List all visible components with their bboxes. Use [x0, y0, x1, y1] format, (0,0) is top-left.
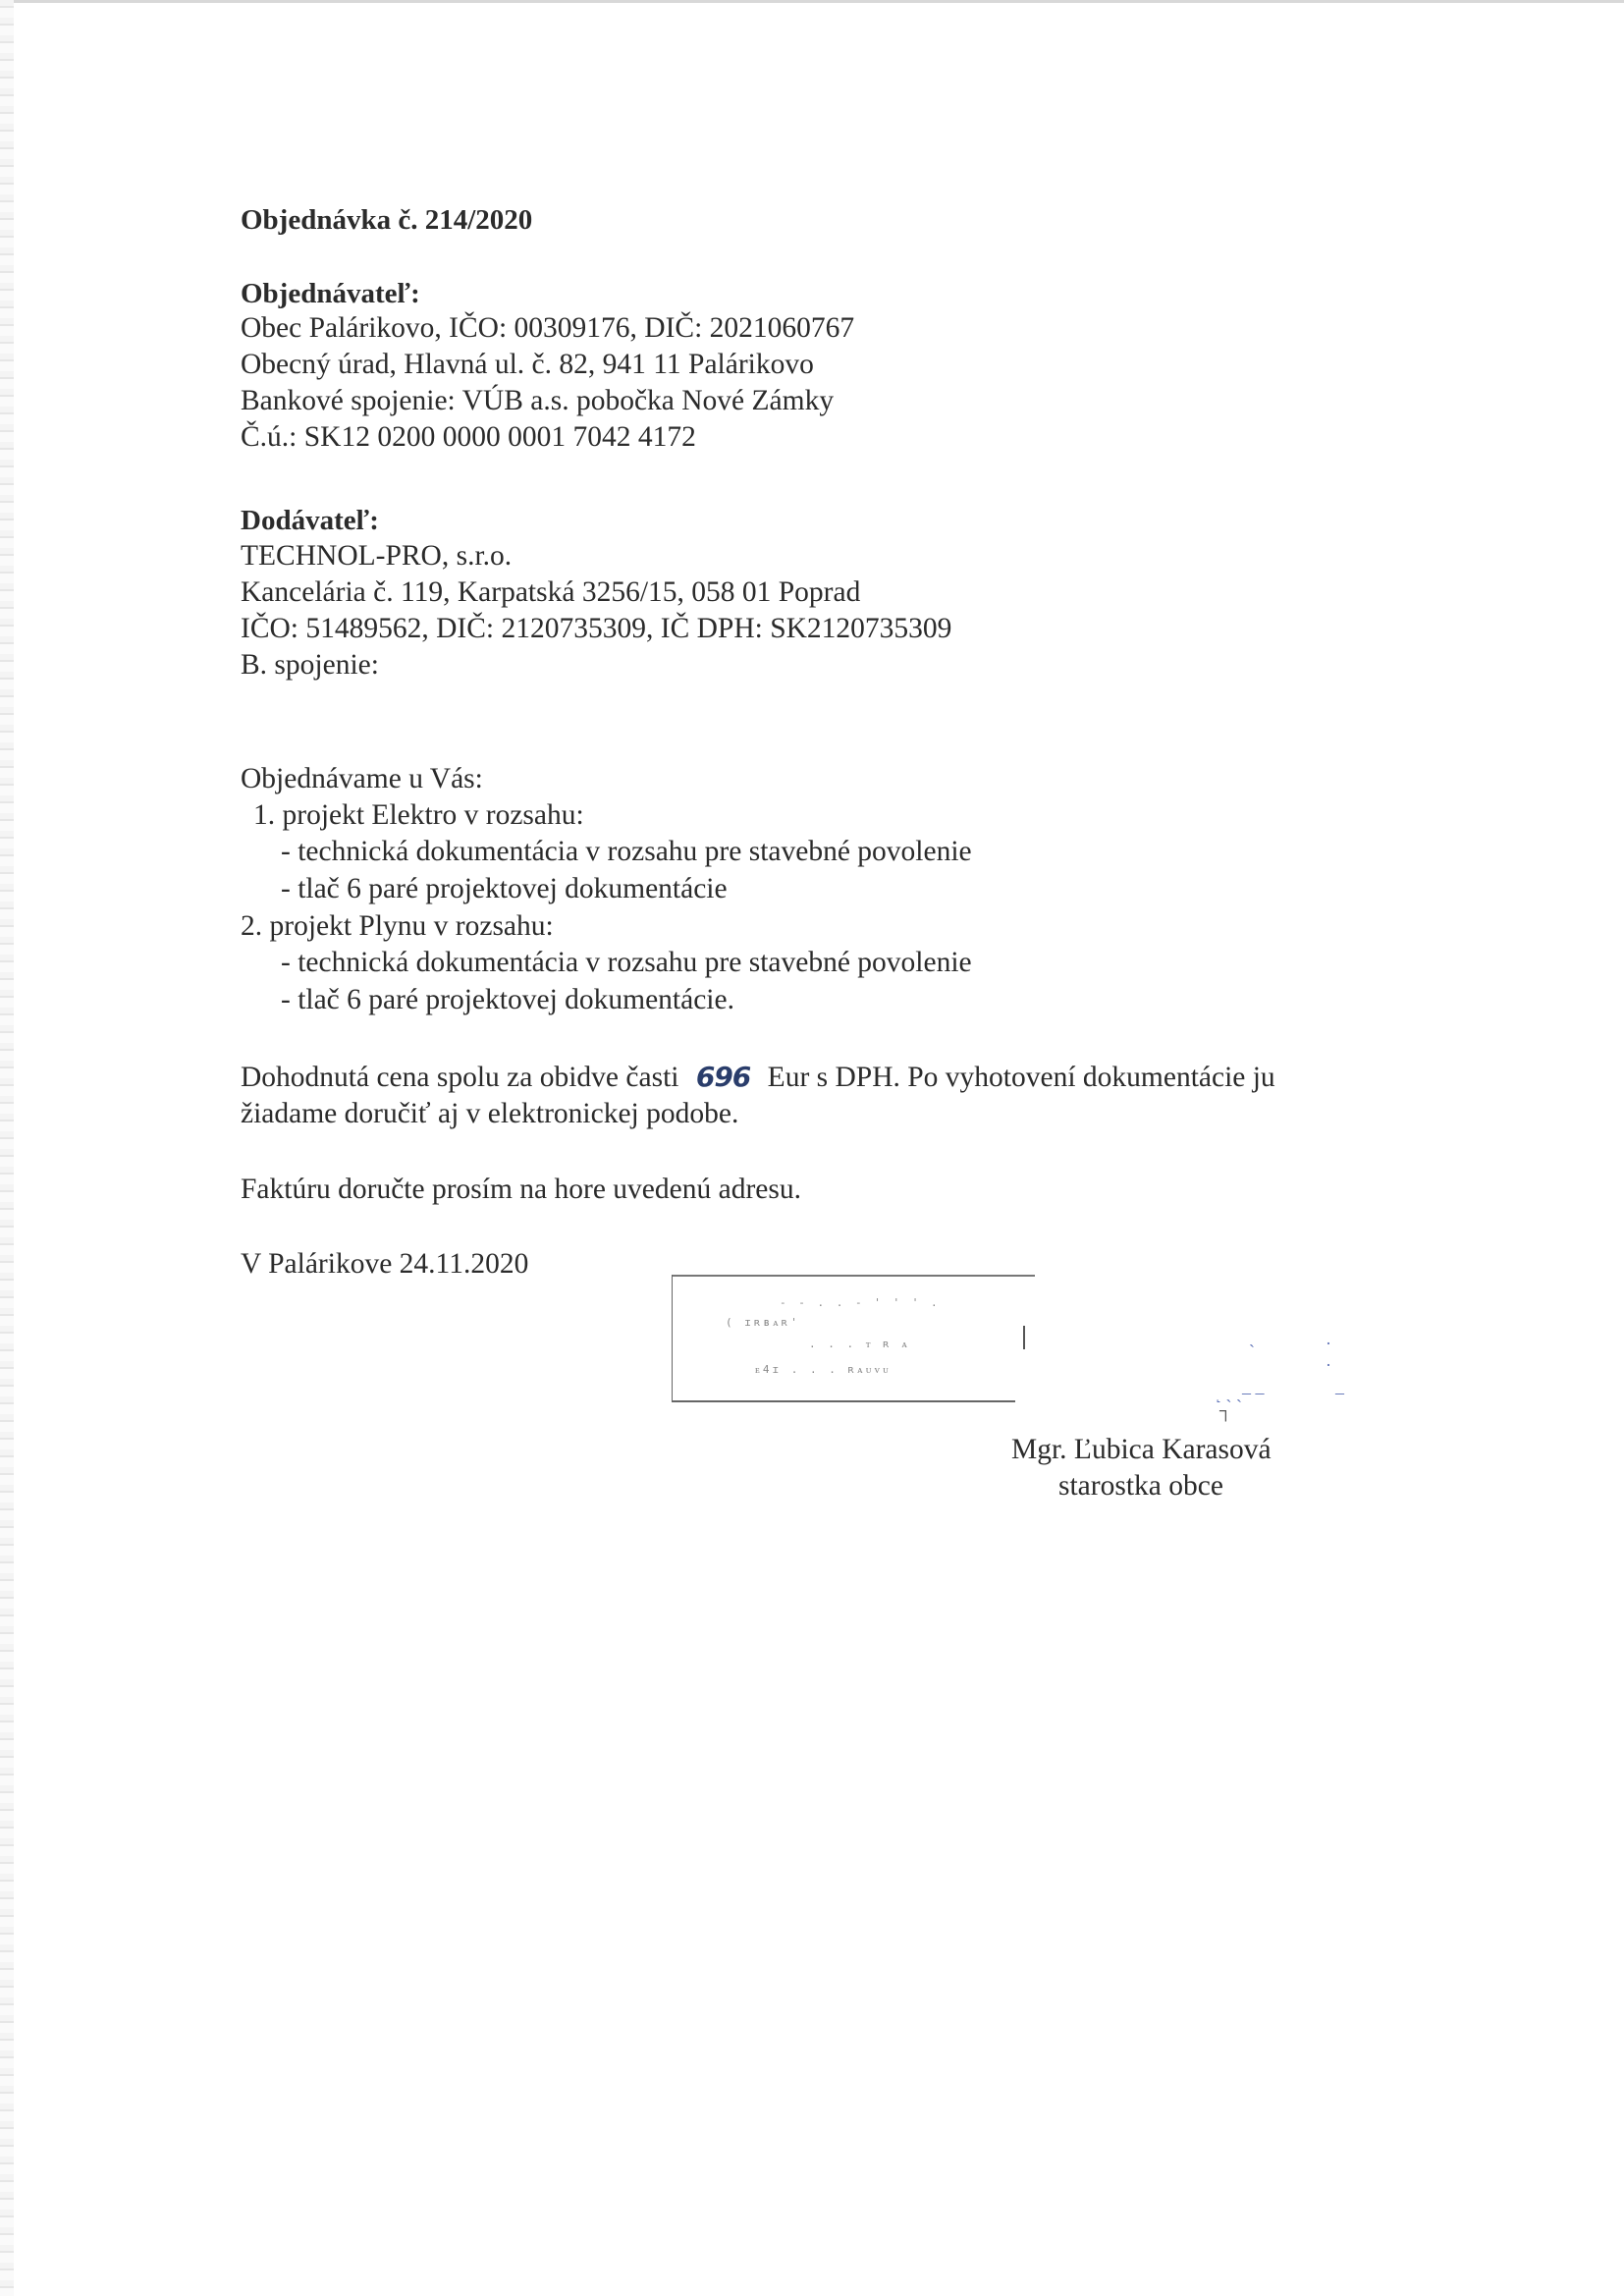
price-line-2: žiadame doručiť aj v elektronickej podob…: [241, 1100, 738, 1129]
scan-top-edge: [0, 0, 1624, 3]
official-stamp: - - . . - ' ' ' . ( ɪʀʙᴀʀ' . . . ᴛ ʀ ᴀ ᴇ…: [672, 1267, 1035, 1404]
supplier-heading: Dodávateľ:: [241, 507, 379, 535]
order-item: 1. projekt Elektro v rozsahu:: [253, 801, 584, 831]
place-date: V Palárikove 24.11.2020: [241, 1250, 528, 1280]
order-item: 2. projekt Plynu v rozsahu:: [241, 912, 554, 942]
signature: ˏ · · ˻ ˏ ˏ– – – ┐: [1208, 1326, 1355, 1424]
order-intro: Objednávame u Vás:: [241, 765, 483, 794]
supplier-line: Kancelária č. 119, Karpatská 3256/15, 05…: [241, 578, 860, 608]
invoice-note: Faktúru doručte prosím na hore uvedenú a…: [241, 1175, 801, 1205]
orderer-line: Č.ú.: SK12 0200 0000 0001 7042 4172: [241, 423, 696, 453]
supplier-line: TECHNOL-PRO, s.r.o.: [241, 542, 512, 572]
signatory-name: Mgr. Ľubica Karasová: [1011, 1434, 1272, 1466]
supplier-line: IČO: 51489562, DIČ: 2120735309, IČ DPH: …: [241, 615, 951, 644]
price-suffix: Eur s DPH. Po vyhotovení dokumentácie ju: [768, 1064, 1275, 1093]
supplier-line: B. spojenie:: [241, 651, 379, 681]
order-subitem: - technická dokumentácia v rozsahu pre s…: [281, 949, 972, 978]
document-title: Objednávka č. 214/2020: [241, 206, 532, 235]
price-line: Dohodnutá cena spolu za obidve časti 696…: [241, 1064, 1478, 1099]
orderer-line: Bankové spojenie: VÚB a.s. pobočka Nové …: [241, 387, 834, 416]
handwritten-amount: 696: [686, 1064, 760, 1093]
orderer-line: Obecný úrad, Hlavná ul. č. 82, 941 11 Pa…: [241, 351, 814, 380]
price-prefix: Dohodnutá cena spolu za obidve časti: [241, 1064, 678, 1093]
signatory-role: starostka obce: [1058, 1470, 1223, 1503]
order-subitem: - technická dokumentácia v rozsahu pre s…: [281, 838, 972, 867]
orderer-line: Obec Palárikovo, IČO: 00309176, DIČ: 202…: [241, 314, 854, 344]
order-subitem: - tlač 6 paré projektovej dokumentácie: [281, 875, 728, 904]
orderer-heading: Objednávateľ:: [241, 280, 420, 308]
order-subitem: - tlač 6 paré projektovej dokumentácie.: [281, 986, 734, 1015]
scan-left-edge: [0, 0, 14, 2296]
